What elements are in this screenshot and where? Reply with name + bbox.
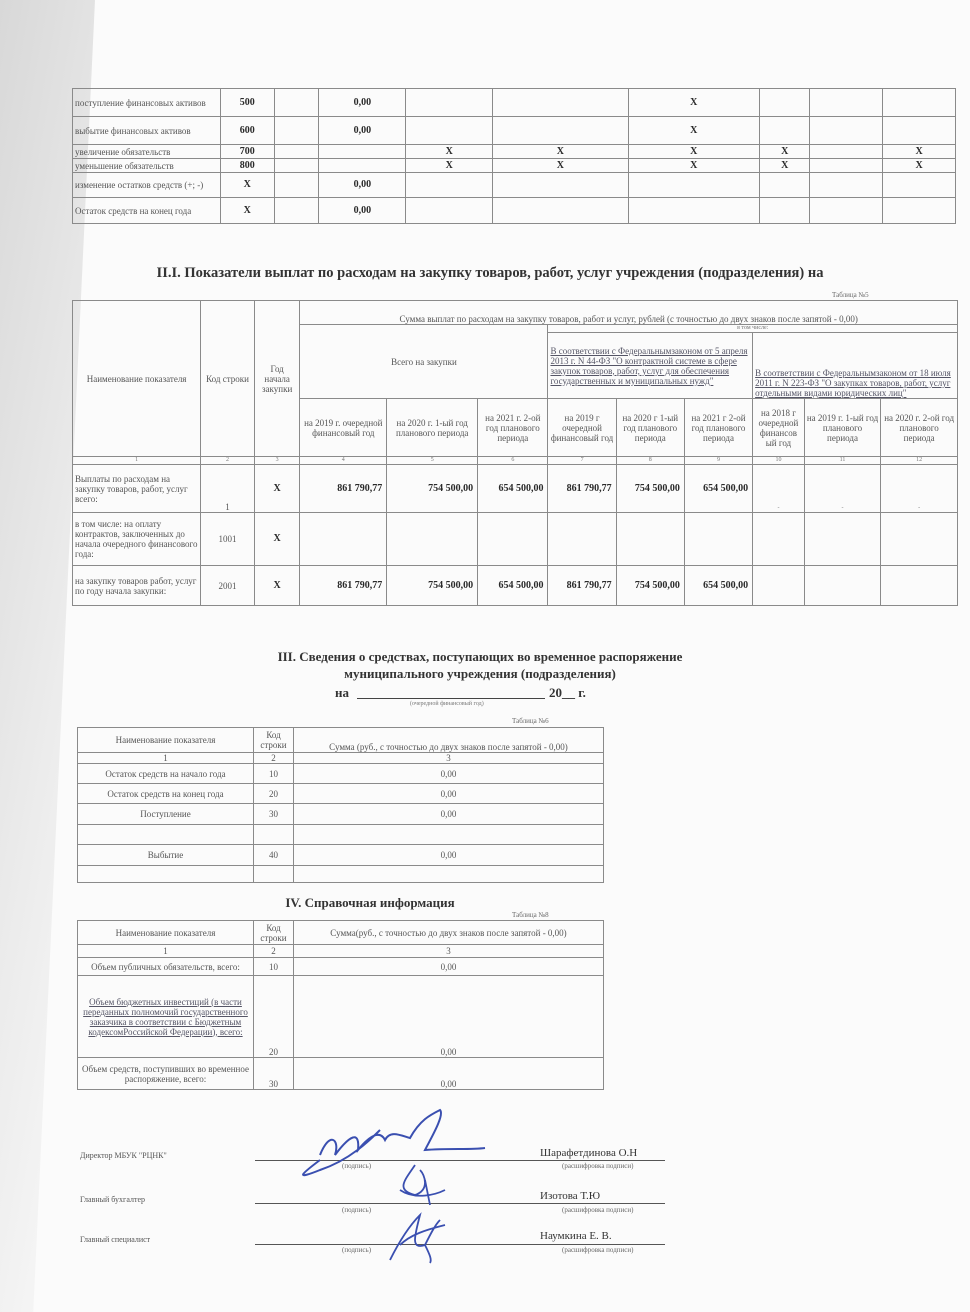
signer-name-caption: (расшифровка подписи) xyxy=(562,1246,633,1254)
row-name: выбытие финансовых активов xyxy=(73,117,221,145)
header-period-8: на 2020 г 1-ый год планового периода xyxy=(616,399,684,457)
row-code: 700 xyxy=(220,145,275,159)
signer-role: Директор МБУК "РЦНК" xyxy=(80,1151,167,1160)
header-code: Код строки xyxy=(254,921,294,945)
row-name: Выплаты по расходам на закупку товаров, … xyxy=(73,465,201,513)
signer-name: Шарафетдинова О.Н xyxy=(540,1147,637,1159)
row-name: на закупку товаров работ, услуг по году … xyxy=(73,566,201,606)
signer-name-caption: (расшифровка подписи) xyxy=(562,1162,633,1170)
table-row: изменение остатков средств (+; -) X 0,00 xyxy=(73,173,956,198)
header-period-11: на 2019 г. 1-ый год планового периода xyxy=(804,399,880,457)
row-name: уменьшение обязательств xyxy=(73,159,221,173)
row-name: в том числе: на оплату контрактов, заклю… xyxy=(73,513,201,566)
header-code: Код строки xyxy=(254,728,294,753)
year-blank-line xyxy=(357,698,545,699)
table-row: Остаток средств на конец года X 0,00 xyxy=(73,198,956,224)
table-row: увеличение обязательств 700 X X X X X xyxy=(73,145,956,159)
header-sum: Сумма выплат по расходам на закупку това… xyxy=(300,301,958,325)
signer-name: Изотова Т.Ю xyxy=(540,1190,600,1202)
table-row: выбытие финансовых активов 600 0,00 X xyxy=(73,117,956,145)
row-code: 1001 xyxy=(201,513,255,566)
header-period-6: на 2021 г. 2-ой год планового периода xyxy=(478,399,548,457)
table-row: Поступление 30 0,00 xyxy=(78,804,604,825)
header-period-9: на 2021 г 2-ой год планового периода xyxy=(684,399,752,457)
signer-name-caption: (расшифровка подписи) xyxy=(562,1206,633,1214)
header-sum: Сумма (руб., с точностью до двух знаков … xyxy=(294,728,604,753)
table-row: Объем публичных обязательств, всего: 10 … xyxy=(78,958,604,976)
signature-line xyxy=(255,1244,665,1245)
header-period-4: на 2019 г. очередной финансовый год xyxy=(300,399,387,457)
header-period-5: на 2020 г. 1-ый год планового периода xyxy=(387,399,478,457)
table-row: уменьшение обязательств 800 X X X X X xyxy=(73,159,956,173)
row-code: 1 xyxy=(201,465,255,513)
table-financial-activities: поступление финансовых активов 500 0,00 … xyxy=(72,88,956,224)
row-name: увеличение обязательств xyxy=(73,145,221,159)
header-name: Наименование показателя xyxy=(78,921,254,945)
header-law-44: В соответствии с Федеральнымзаконом от 5… xyxy=(548,333,753,399)
header-total: Всего на закупки xyxy=(300,325,548,399)
header-law-223: В соответствии с Федеральнымзаконом от 1… xyxy=(753,333,958,399)
table-row: Остаток средств на начало года 10 0,00 xyxy=(78,764,604,784)
header-period-10: на 2018 г очередной финансов ый год xyxy=(753,399,805,457)
year-caption: (очередной финансовый год) xyxy=(410,701,484,708)
row-code: 500 xyxy=(220,89,275,117)
table-row: поступление финансовых активов 500 0,00 … xyxy=(73,89,956,117)
row-name: изменение остатков средств (+; -) xyxy=(73,173,221,198)
header-name: Наименование показателя xyxy=(78,728,254,753)
row-name: Остаток средств на конец года xyxy=(73,198,221,224)
table-row: Объем средств, поступивших во временное … xyxy=(78,1058,604,1090)
table-row: на закупку товаров работ, услуг по году … xyxy=(73,566,958,606)
header-including: в том числе: xyxy=(548,325,958,333)
header-sum: Сумма(руб., с точностью до двух знаков п… xyxy=(294,921,604,945)
table-8-reference-info: Наименование показателя Код строки Сумма… xyxy=(77,920,604,1090)
table-row: Остаток средств на конец года 20 0,00 xyxy=(78,784,604,804)
header-period-7: на 2019 г очередной финансовый год xyxy=(548,399,616,457)
column-numbers-row: 1 2 3 xyxy=(78,945,604,958)
header-name: Наименование показателя xyxy=(73,301,201,457)
header-period-12: на 2020 г. 2-ой год планового периода xyxy=(881,399,958,457)
row-code: X xyxy=(220,198,275,224)
section-3-title-line2: муниципального учреждения (подразделения… xyxy=(180,666,780,682)
table-row: в том числе: на оплату контрактов, заклю… xyxy=(73,513,958,566)
table-5-purchases: Наименование показателя Код строки Год н… xyxy=(72,300,958,606)
signer-role: Главный специалист xyxy=(80,1235,150,1244)
signer-role: Главный бухгалтер xyxy=(80,1195,145,1204)
table-row: Выплаты по расходам на закупку товаров, … xyxy=(73,465,958,513)
row-name: поступление финансовых активов xyxy=(73,89,221,117)
signer-name: Наумкина Е. В. xyxy=(540,1230,612,1242)
signature-caption: (подпись) xyxy=(342,1206,371,1214)
row-code: X xyxy=(220,173,275,198)
row-code: 2001 xyxy=(201,566,255,606)
header-code: Код строки xyxy=(201,301,255,457)
section-3-on-label: на xyxy=(335,685,349,701)
table-8-number: Таблица №8 xyxy=(512,911,549,919)
table-row: Объем бюджетных инвестиций (в части пере… xyxy=(78,976,604,1058)
row-code: 600 xyxy=(220,117,275,145)
section-3-title-line1: III. Сведения о средствах, поступающих в… xyxy=(180,649,780,665)
table-row: Выбытие 40 0,00 xyxy=(78,845,604,866)
handwritten-signature-specialist-icon xyxy=(370,1205,460,1265)
column-numbers-row: 1 2 3 xyxy=(78,753,604,764)
table-6-temporary-funds: Наименование показателя Код строки Сумма… xyxy=(77,727,604,883)
signature-caption: (подпись) xyxy=(342,1246,371,1254)
section-2-title: II.I. Показатели выплат по расходам на з… xyxy=(60,265,920,282)
section-4-title: IV. Справочная информация xyxy=(180,895,560,911)
table-6-number: Таблица №6 xyxy=(512,717,549,725)
section-3-year-label: 20__ г. xyxy=(549,685,586,701)
header-year: Год начала закупки xyxy=(254,301,299,457)
table-row xyxy=(78,866,604,883)
table-5-number: Таблица №5 xyxy=(832,291,869,299)
column-numbers-row: 1 2 3 4 5 6 7 8 9 10 11 12 xyxy=(73,457,958,465)
row-code: 800 xyxy=(220,159,275,173)
table-row xyxy=(78,825,604,845)
